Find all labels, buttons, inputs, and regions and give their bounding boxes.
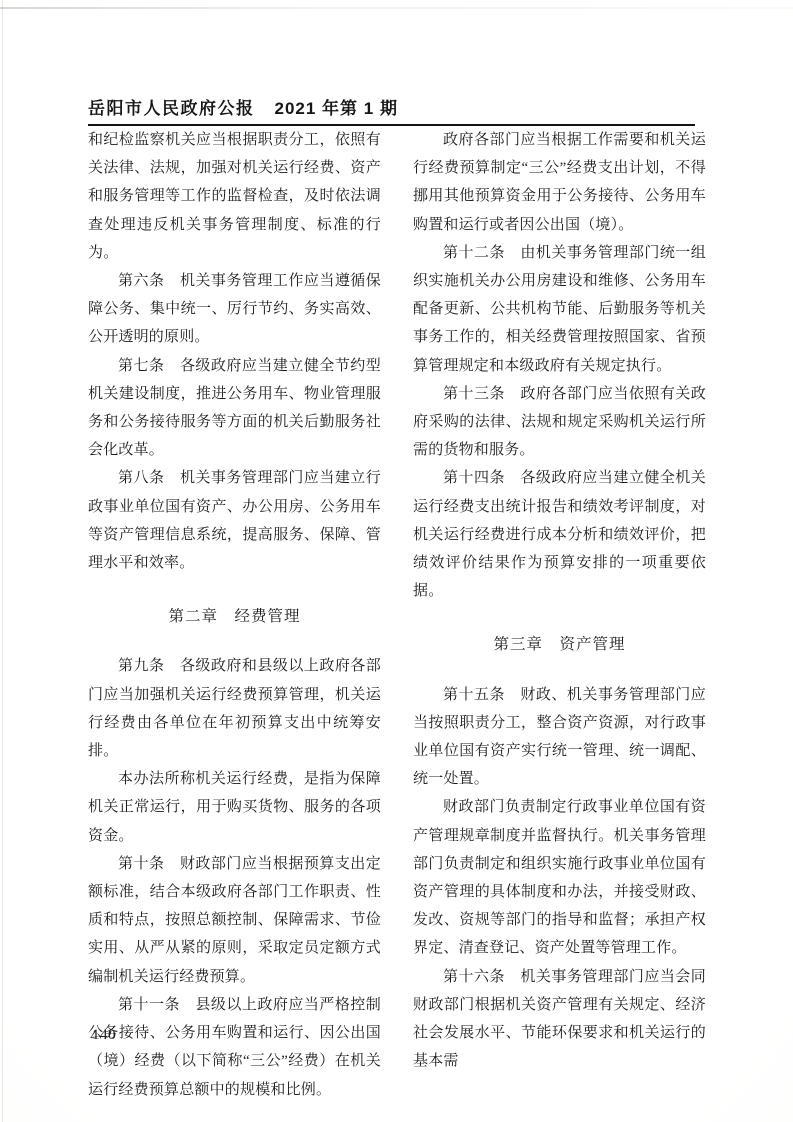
left-column: 和纪检监察机关应当根据职责分工，依照有关法律、法规，加强对机关运行经费、资产和服… [88,126,381,1104]
right-column: 政府各部门应当根据工作需要和机关运行经费预算制定“三公”经费支出计划，不得挪用其… [413,126,706,1104]
gazette-issue: 2021 年第 1 期 [275,99,398,118]
scan-edge-artifact [2,0,3,1122]
paragraph: 第十六条 机关事务管理部门应当会同财政部门根据机关资产管理有关规定、经济社会发展… [413,963,706,1076]
scan-edge-artifact [0,7,793,9]
paragraph: 第十条 财政部门应当根据预算支出定额标准，结合本级政府各部门工作职责、性质和特点… [88,850,381,991]
paragraph: 第七条 各级政府应当建立健全节约型机关建设制度，推进公务用车、物业管理服务和公务… [88,352,381,465]
gazette-page: 岳阳市人民政府公报2021 年第 1 期 和纪检监察机关应当根据职责分工，依照有… [0,0,793,1122]
paragraph: 第十一条 县级以上政府应当严格控制公务接待、公务用车购置和运行、因公出国（境）经… [88,991,381,1104]
paragraph: 政府各部门应当根据工作需要和机关运行经费预算制定“三公”经费支出计划，不得挪用其… [413,126,706,239]
gazette-title: 岳阳市人民政府公报 [88,99,255,118]
document-body: 和纪检监察机关应当根据职责分工，依照有关法律、法规，加强对机关运行经费、资产和服… [88,126,706,1104]
running-head: 岳阳市人民政府公报2021 年第 1 期 [88,94,705,119]
chapter-heading: 第三章 资产管理 [413,631,706,659]
paragraph: 第十五条 财政、机关事务管理部门应当按照职责分工，整合资产资源，对行政事业单位国… [413,681,706,794]
paragraph: 和纪检监察机关应当根据职责分工，依照有关法律、法规，加强对机关运行经费、资产和服… [88,126,381,267]
paragraph: 第十二条 由机关事务管理部门统一组织实施机关办公用房建设和维修、公务用车配备更新… [413,239,706,380]
page-number: 140 [92,1027,116,1044]
page-header: 岳阳市人民政府公报2021 年第 1 期 [88,94,705,126]
chapter-heading: 第二章 经费管理 [88,603,381,631]
paragraph: 第九条 各级政府和县级以上政府各部门应当加强机关运行经费预算管理，机关运行经费由… [88,652,381,765]
paragraph: 本办法所称机关运行经费，是指为保障机关正常运行，用于购买货物、服务的各项资金。 [88,765,381,850]
paragraph: 第六条 机关事务管理工作应当遵循保障公务、集中统一、厉行节约、务实高效、公开透明… [88,267,381,352]
paragraph: 第八条 机关事务管理部门应当建立行政事业单位国有资产、办公用房、公务用车等资产管… [88,464,381,577]
paragraph: 财政部门负责制定行政事业单位国有资产管理规章制度并监督执行。机关事务管理部门负责… [413,793,706,962]
paragraph: 第十三条 政府各部门应当依照有关政府采购的法律、法规和规定采购机关运行所需的货物… [413,380,706,465]
paragraph: 第十四条 各级政府应当建立健全机关运行经费支出统计报告和绩效考评制度，对机关运行… [413,464,706,605]
